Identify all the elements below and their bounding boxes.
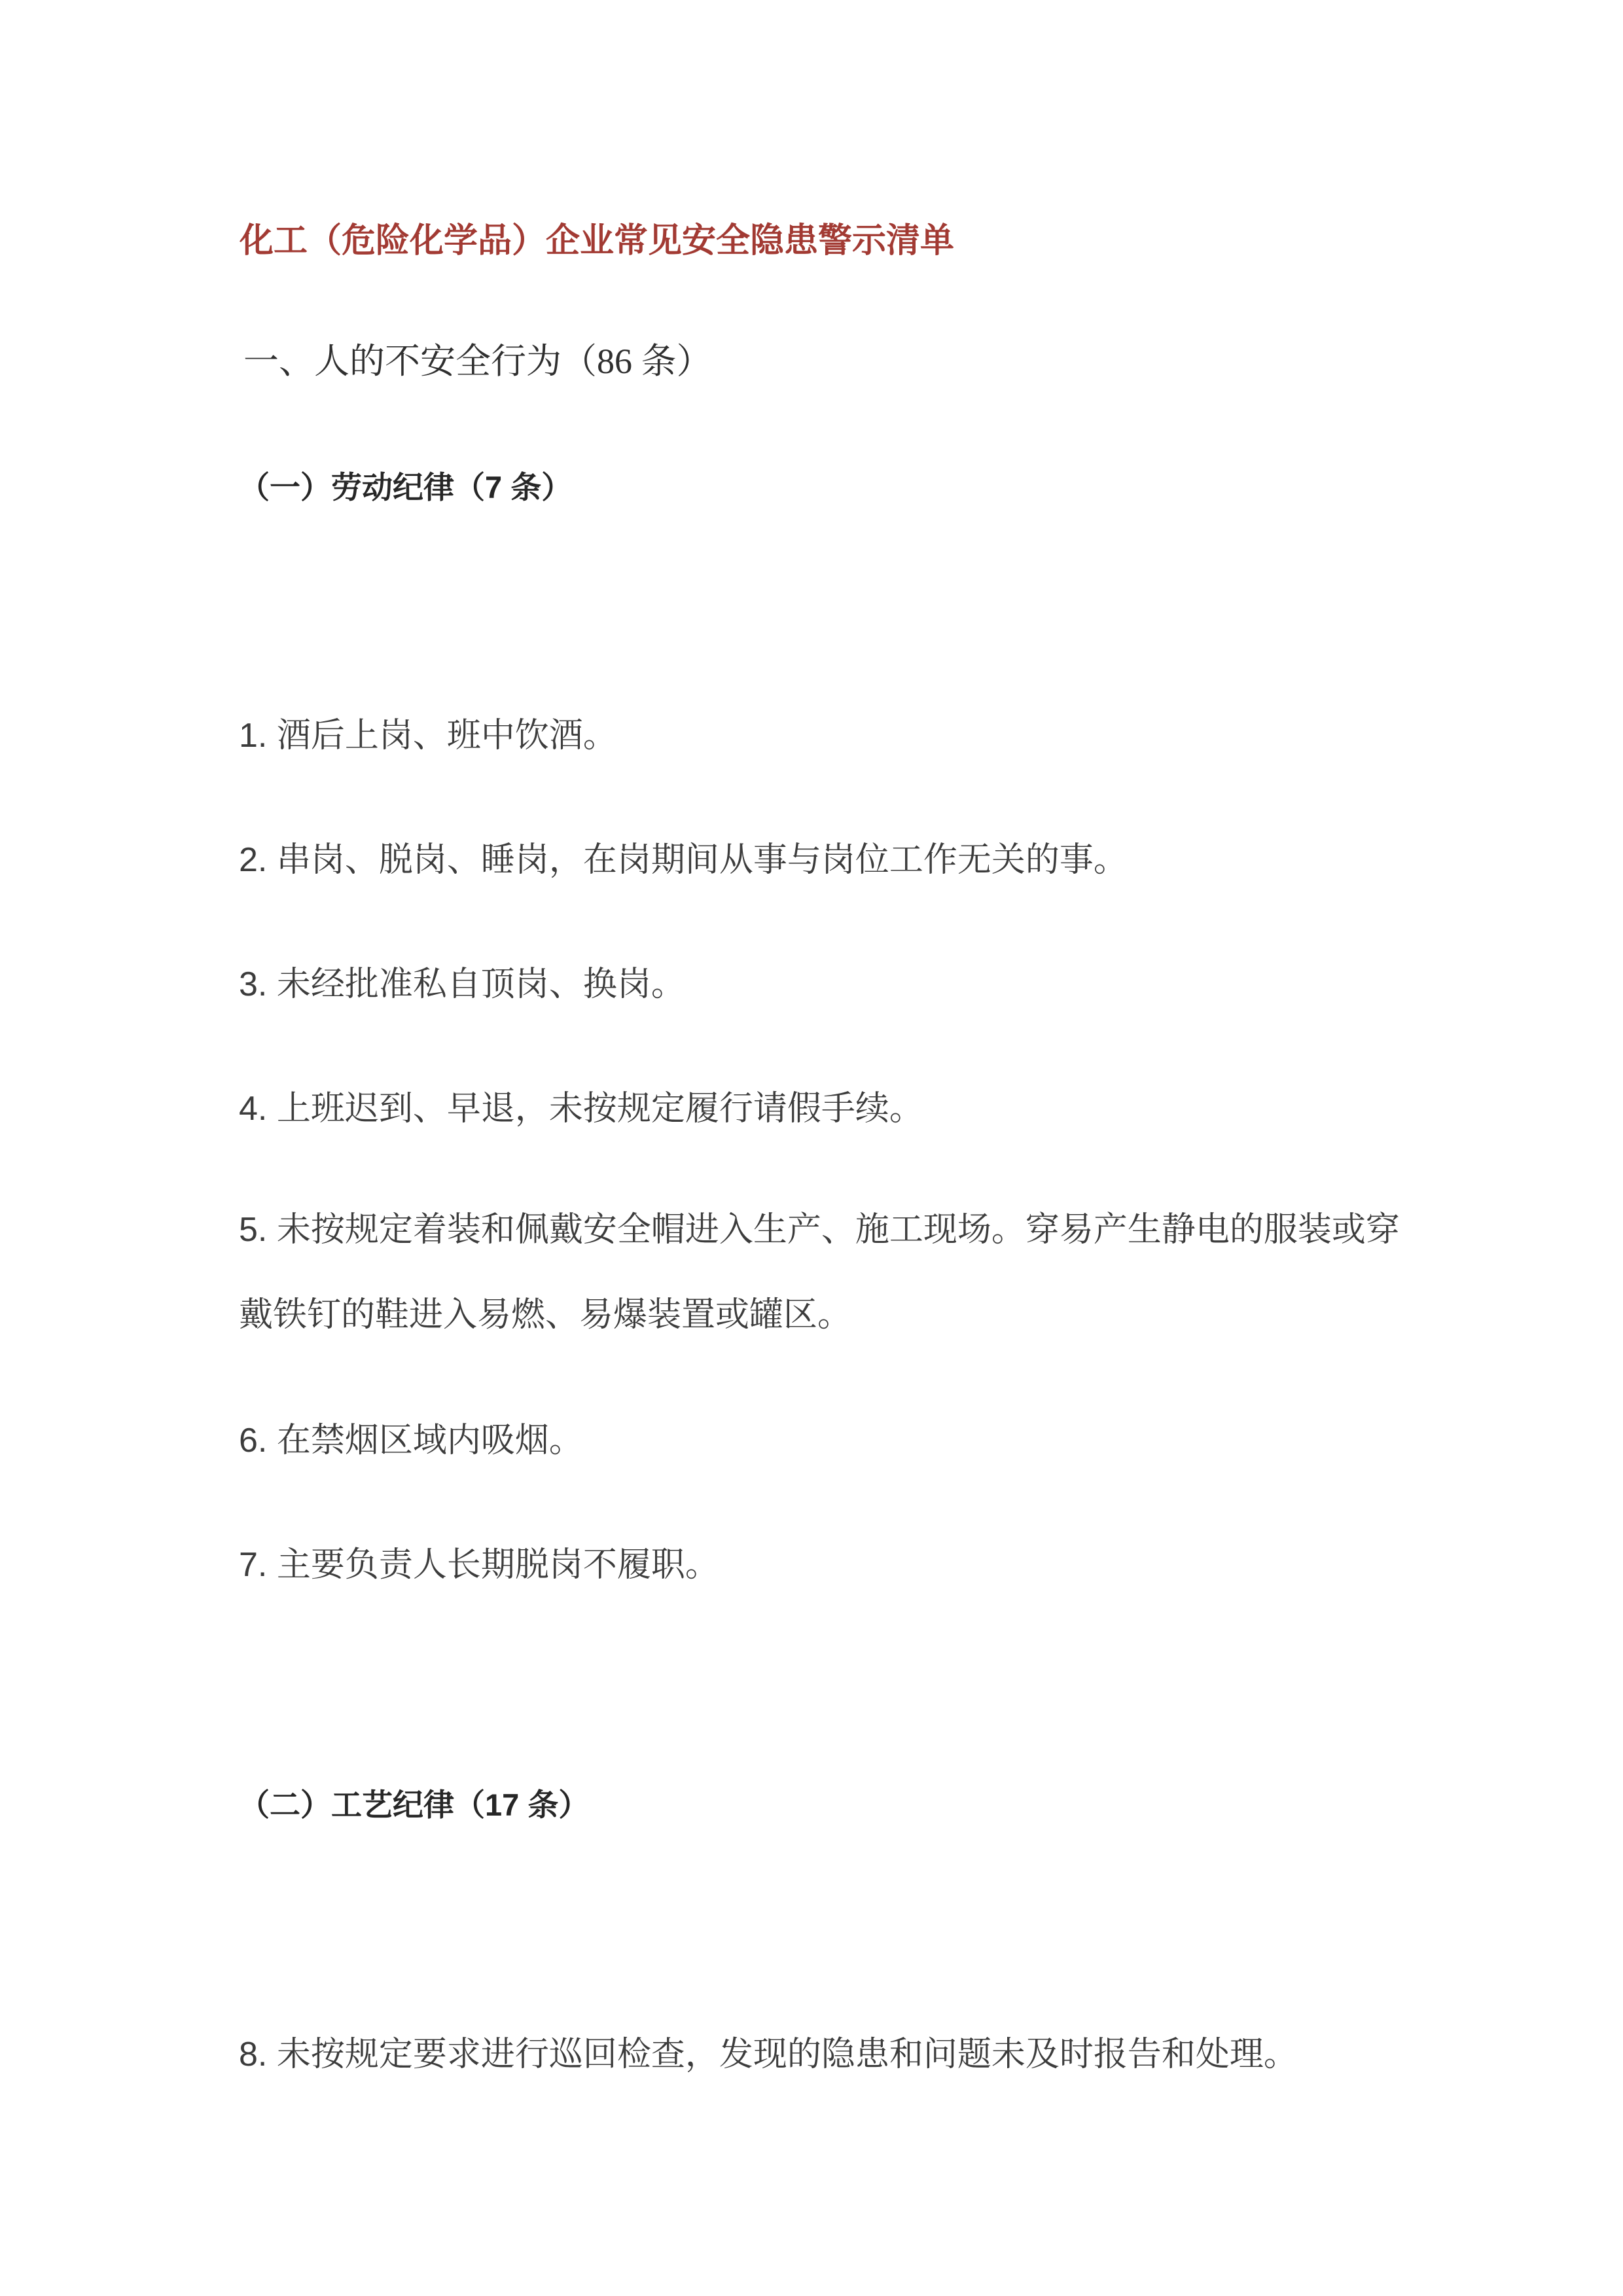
list-item-4: 4. 上班迟到、早退，未按规定履行请假手续。 bbox=[239, 1066, 1417, 1151]
list-item-6: 6. 在禁烟区域内吸烟。 bbox=[239, 1398, 1417, 1483]
document-title: 化工（危险化学品）企业常见安全隐患警示清单 bbox=[240, 221, 954, 260]
list-item-8: 8. 未按规定要求进行巡回检查，发现的隐患和问题未及时报告和处理。 bbox=[239, 2012, 1417, 2097]
list-item-5: 5. 未按规定着装和佩戴安全帽进入生产、施工现场。穿易产生静电的服装或穿戴铁钉的… bbox=[239, 1187, 1417, 1357]
list-item-7: 7. 主要负责人长期脱岗不履职。 bbox=[239, 1522, 1417, 1607]
section-heading-2: （二）工艺纪律（17 条） bbox=[239, 1785, 589, 1825]
list-item-1: 1. 酒后上岗、班中饮酒。 bbox=[239, 693, 1417, 778]
section-heading-1: （一）劳动纪律（7 条） bbox=[239, 468, 572, 507]
document-page: 化工（危险化学品）企业常见安全隐患警示清单 一、人的不安全行为（86 条） （一… bbox=[0, 0, 1623, 2296]
list-item-2: 2. 串岗、脱岗、睡岗，在岗期间从事与岗位工作无关的事。 bbox=[239, 817, 1417, 903]
list-item-3: 3. 未经批准私自顶岗、换岗。 bbox=[239, 942, 1417, 1027]
chapter-heading: 一、人的不安全行为（86 条） bbox=[243, 340, 712, 383]
